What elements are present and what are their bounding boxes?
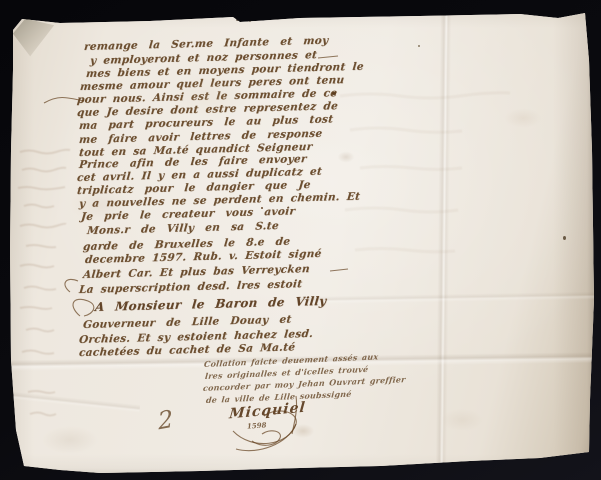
- manuscript-line: ma part procureurs le au plus tost: [78, 113, 333, 132]
- diagonal-fold-crease: [10, 391, 140, 413]
- manuscript-line: decembre 1597. Rub. v. Estoit signé: [84, 248, 322, 266]
- manuscript-line: A Monsieur le Baron de Villy: [94, 295, 327, 313]
- line-end-dash: [318, 56, 338, 58]
- signature-paraph: [233, 411, 296, 444]
- minor-fold-crease: [300, 291, 596, 304]
- signature-year: 1598: [247, 421, 267, 430]
- ink-speck: [418, 45, 420, 47]
- signature-lead-flourish: 2: [157, 407, 174, 434]
- manuscript-line: cet avril. Il y en a aussi duplicatz et: [76, 166, 322, 184]
- manuscript-line: Je prie le createur vous avoir: [80, 205, 295, 223]
- manuscript-paper: remange la Ser.me Infante et moy y emplo…: [0, 0, 601, 480]
- manuscript-line: remange la Ser.me Infante et moy: [83, 35, 329, 53]
- manuscript-line: tout en sa Ma.té quandict Seigneur: [78, 141, 313, 159]
- manuscript-line: triplicatz pour le dangier que Je: [76, 179, 311, 197]
- collation-line: lres originalles et d'icelles trouvé: [205, 365, 369, 381]
- manuscript-line: Prince afin de les faire envoyer: [78, 153, 307, 171]
- manuscript-line: y employeront et noz personnes et: [89, 49, 317, 67]
- manuscript-line: pour nous. Ainsi est le sommaire de ce: [76, 87, 337, 106]
- ink-flourish-layer: [0, 0, 601, 480]
- manuscript-line: y a nouvelles ne se perdent en chemin. E…: [78, 191, 360, 210]
- ink-speck: [249, 20, 251, 22]
- signature-name: Micquiel: [228, 401, 306, 423]
- line-end-dash: [330, 269, 348, 271]
- ink-speck: [236, 18, 240, 21]
- manuscript-line: Albert Car. Et plus bas Verreycken: [82, 263, 310, 281]
- collation-line: Collation faicte deuement assés aux: [204, 352, 379, 369]
- paper-corner-damage: [10, 16, 58, 58]
- la-swash: [65, 279, 78, 292]
- manuscript-line: Gouverneur de Lille Douay et: [82, 314, 292, 331]
- collation-line: concorder par moy Jehan Ouvrart greffier: [203, 375, 406, 393]
- manuscript-line: garde de Bruxelles le 8.e de: [82, 236, 290, 253]
- manuscript-line: Orchies. Et sy estoient hachez lesd.: [78, 328, 313, 346]
- a-monsieur-swash: [73, 299, 94, 316]
- signature-ascender: [292, 396, 297, 434]
- manuscript-line: Mons.r de Villy en sa S.te: [86, 220, 279, 237]
- signature-paraph: [236, 424, 296, 451]
- verso-bleedthrough: [0, 0, 601, 480]
- archive-photo: remange la Ser.me Infante et moy y emplo…: [0, 0, 601, 480]
- signature-underflourish: [252, 431, 280, 445]
- ink-speck: [563, 236, 566, 240]
- vertical-fold-crease: [436, 14, 452, 466]
- intro-swash: [44, 98, 84, 104]
- manuscript-line: que Je desire dont estre representez de: [76, 100, 338, 119]
- manuscript-line: cachetées du cachet de Sa Ma.té: [78, 341, 295, 359]
- collation-line: de la ville de Lille soubssigné: [206, 390, 352, 405]
- manuscript-line: La superscription desd. lres estoit: [78, 278, 302, 296]
- horizontal-fold-crease: [10, 352, 595, 371]
- ink-speck: [261, 207, 263, 209]
- manuscript-line: mesme amour quel leurs peres ont tenu: [79, 74, 345, 93]
- ink-speck: [332, 92, 336, 95]
- manuscript-line: mes biens et en moyens pour tiendront le: [85, 61, 364, 80]
- manuscript-line: me faire avoir lettres de response: [78, 128, 323, 146]
